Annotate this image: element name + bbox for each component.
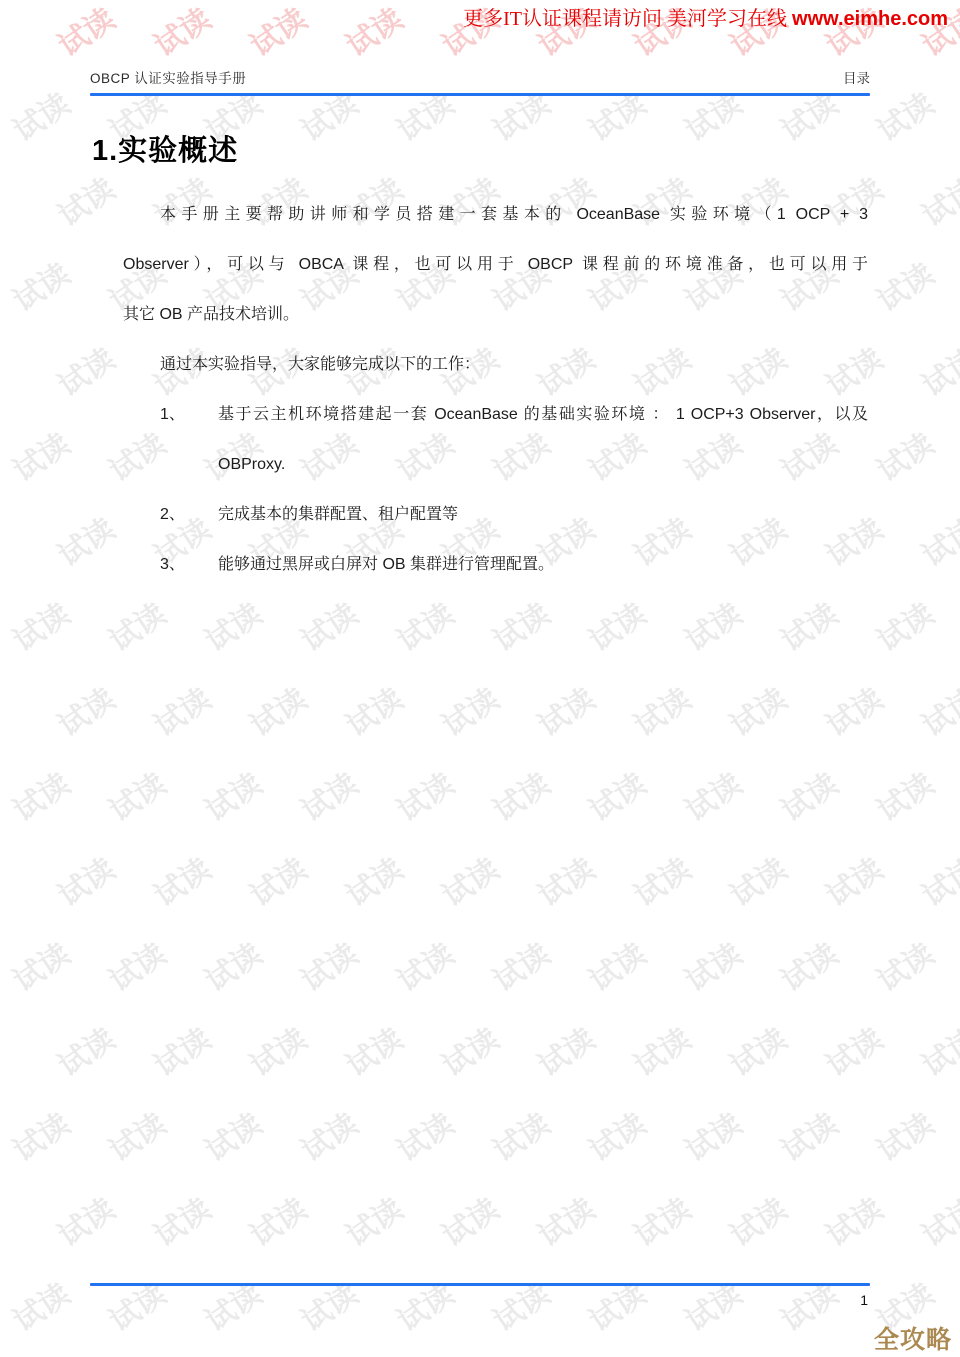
corner-badge: 全攻略 [874,1320,952,1356]
running-header-toc-label[interactable]: 目录 [843,67,870,87]
pdf-page: 试读试读试读试读试读试读试读试读试读试读试读试读试读试读试读试读试读试读试读试读… [0,0,960,1357]
list-item-text: 完成基本的集群配置、租户配置等 [218,503,868,527]
paragraph-line: 其它 OB 产品技术培训。 [123,303,868,329]
list-item-text: 基于云主机环境搭建起一套 OceanBase 的基础实验环境 ： 1 OCP+3… [218,403,868,427]
paragraph-line: 本手册主要帮助讲师和学员搭建一套基本的 OceanBase 实验环境（1 OCP… [123,203,868,229]
list-item-text: OBProxy. [218,453,868,477]
header-rule [90,93,870,96]
list-item-2: 2、 完成基本的集群配置、租户配置等 [123,503,868,529]
top-promo-banner: 更多IT认证课程请访问 美河学习在线 www.eimhe.com [463,2,948,31]
list-item-3: 3、 能够通过黑屏或白屏对 OB 集群进行管理配置。 [123,553,868,579]
list-item-number: 1、 [160,403,185,427]
list-item-text: 能够通过黑屏或白屏对 OB 集群进行管理配置。 [218,553,868,577]
list-item-number: 2、 [160,503,185,527]
section-heading: 1.实验概述 [92,128,238,169]
promo-url-link[interactable]: www.eimhe.com [792,8,948,30]
list-item-1-continuation: OBProxy. [123,453,868,479]
running-header-title: OBCP 认证实验指导手册 [90,67,246,87]
paragraph-line: Observer），可以与 OBCA 课程，也可以用于 OBCP 课程前的环境准… [123,253,868,279]
promo-text: 更多IT认证课程请访问 美河学习在线 [463,8,792,30]
page-content: 更多IT认证课程请访问 美河学习在线 www.eimhe.com OBCP 认证… [0,0,960,1357]
list-item-1: 1、 基于云主机环境搭建起一套 OceanBase 的基础实验环境 ： 1 OC… [123,403,868,429]
list-item-number: 3、 [160,553,185,577]
page-number: 1 [860,1292,868,1308]
footer-rule [90,1283,870,1286]
paragraph-line: 通过本实验指导，大家能够完成以下的工作： [123,353,868,379]
